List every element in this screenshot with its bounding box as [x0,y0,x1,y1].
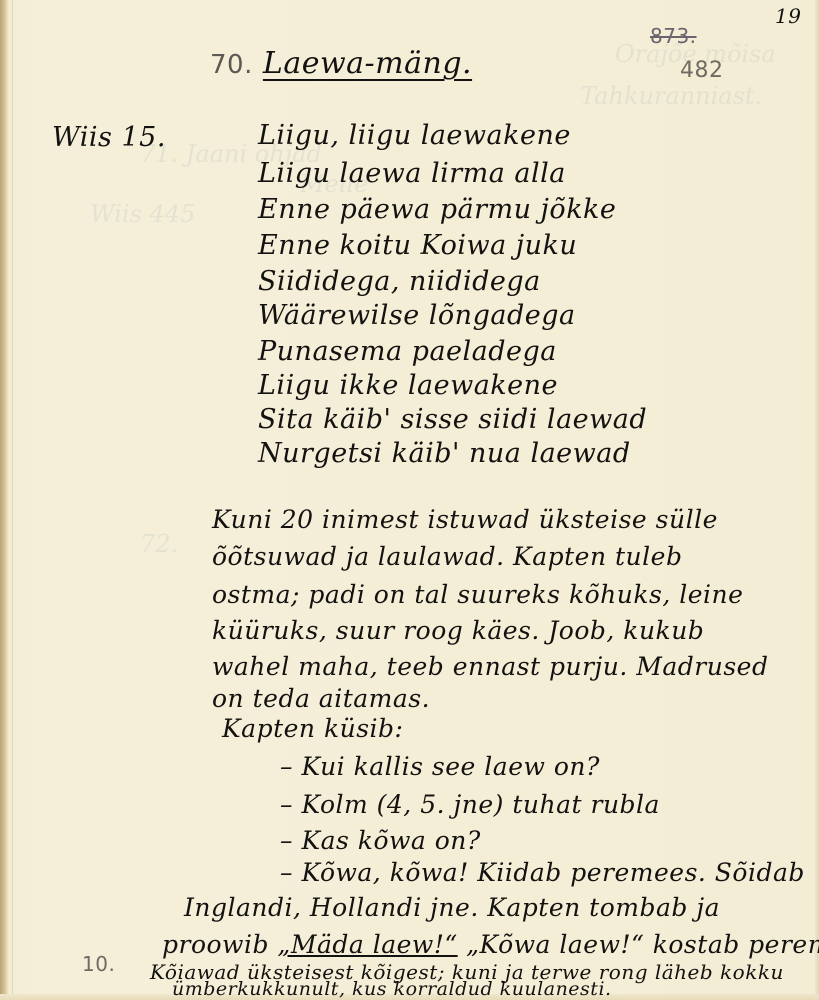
quoted-strong-ship: „Kõwa laew!“ kostab peremees. [466,930,819,959]
verse-line: Enne päewa pärmu jõkke [258,194,616,225]
struck-catalog-number: 873. [650,24,697,48]
bleed-through-text: Wiis 445 [90,200,195,228]
manuscript-page: Orajõe mõisa Tahkuranniast. 71. Jaani oh… [0,0,819,1000]
closing-text: proowib [162,930,269,959]
verse-line: Wäärewilse lõngadega [258,300,576,331]
page-number: 19 [775,4,801,28]
dialogue-line: – Kas kõwa on? [280,826,481,855]
melody-reference: Wiis 15. [52,122,166,153]
page-right-edge [815,0,819,1000]
catalog-number: 482 [680,58,724,83]
description-line: küüruks, suur roog käes. Joob, kukub [212,616,704,645]
bleed-through-text: 72. [140,530,178,558]
verse-line: Liigu, liigu laewakene [258,120,571,151]
closing-line: Inglandi, Hollandi jne. Kapten tombab ja [184,893,720,922]
verse-line: Nurgetsi käib' nua laewad [258,438,631,469]
verse-line: Siididega, niididega [258,266,541,297]
verse-line: Sita käib' sisse siidi laewad [258,404,647,435]
closing-line: proowib „Mäda laew!“ „Kõwa laew!“ kostab… [162,930,819,959]
song-title: Laewa-mäng. [263,46,472,81]
description-line: on teda aitamas. [212,684,430,713]
description-line: ostma; padi on tal suureks kõhuks, leine [212,580,743,609]
page-spine [0,0,8,1000]
description-line: õõtsuwad ja laulawad. Kapten tuleb [212,542,682,571]
closing-line: ümberkukkunult, kus korraldud kuulanesti… [172,978,612,1000]
description-line: Kuni 20 inimest istuwad üksteise sülle [212,505,718,534]
bleed-through-text: Tahkuranniast. [580,82,762,110]
page-fold [12,0,13,1000]
dialogue-line: – Kõwa, kõwa! Kiidab peremees. Sõidab [280,858,805,887]
description-line: wahel maha, teeb ennast purju. Madrused [212,652,768,681]
verse-line: Liigu laewa lirma alla [258,158,566,189]
dialogue-line: – Kui kallis see laew on? [280,752,600,781]
quoted-rotten-ship: „Mäda laew!“ [277,930,457,959]
verse-line: Punasema paeladega [258,336,557,367]
verse-line: Liigu ikke laewakene [258,370,558,401]
song-number: 70. [210,50,253,80]
dialogue-line: – Kolm (4, 5. jne) tuhat rubla [280,790,660,819]
dialogue-intro: Kapten küsib: [222,714,403,743]
verse-line: Enne koitu Koiwa juku [258,230,577,261]
song-heading: 70. Laewa-mäng. [210,46,472,81]
margin-pencil-number: 10. [82,952,115,976]
